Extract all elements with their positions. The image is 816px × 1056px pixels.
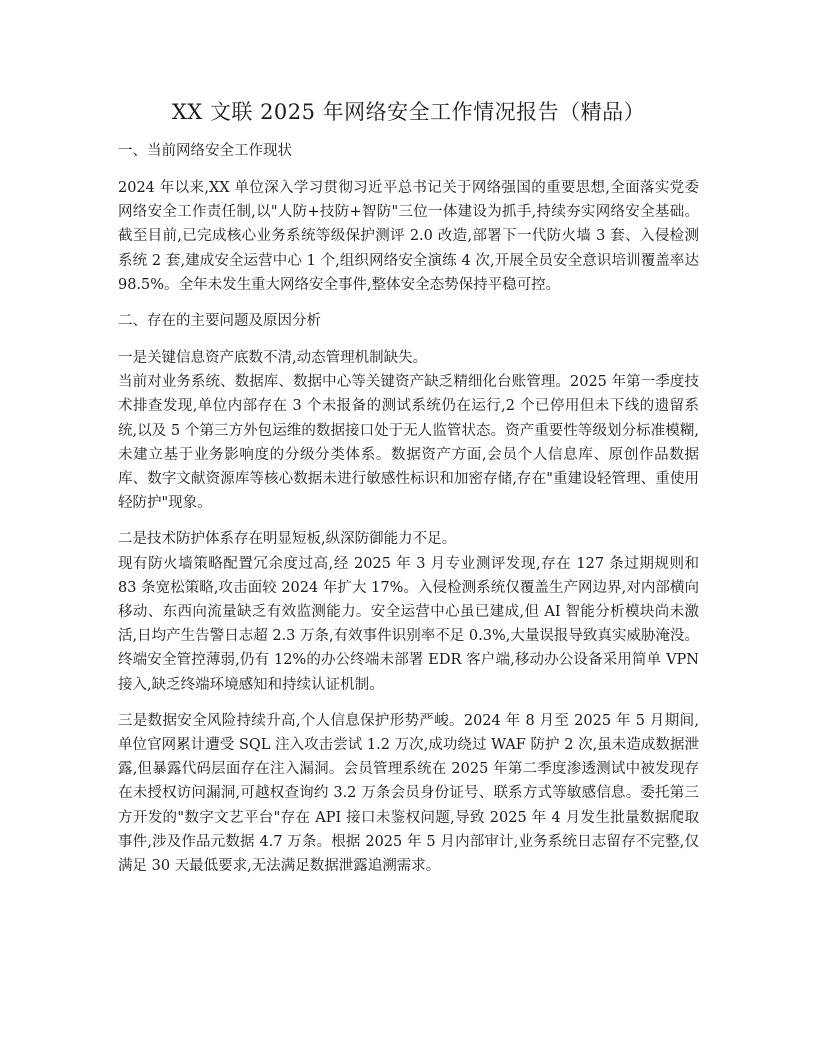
problem-3-body: 三是数据安全风险持续升高,个人信息保护形势严峻。2024 年 8 月至 2025…: [118, 709, 699, 878]
problem-2-lead: 二是技术防护体系存在明显短板,纵深防御能力不足。: [118, 527, 699, 551]
problem-1-body: 当前对业务系统、数据库、数据中心等关键资产缺乏精细化台账管理。2025 年第一季…: [118, 370, 699, 515]
problem-1-lead: 一是关键信息资产底数不清,动态管理机制缺失。: [118, 346, 699, 370]
section-heading-status: 一、当前网络安全工作现状: [118, 139, 699, 163]
section-heading-problems: 二、存在的主要问题及原因分析: [118, 309, 699, 333]
document-page: XX 文联 2025 年网络安全工作情况报告（精品） 一、当前网络安全工作现状 …: [118, 96, 699, 890]
paragraph-status: 2024 年以来,XX 单位深入学习贯彻习近平总书记关于网络强国的重要思想,全面…: [118, 176, 699, 297]
document-title: XX 文联 2025 年网络安全工作情况报告（精品）: [118, 96, 699, 128]
problem-2-body: 现有防火墙策略配置冗余度过高,经 2025 年 3 月专业测评发现,存在 127…: [118, 552, 699, 697]
